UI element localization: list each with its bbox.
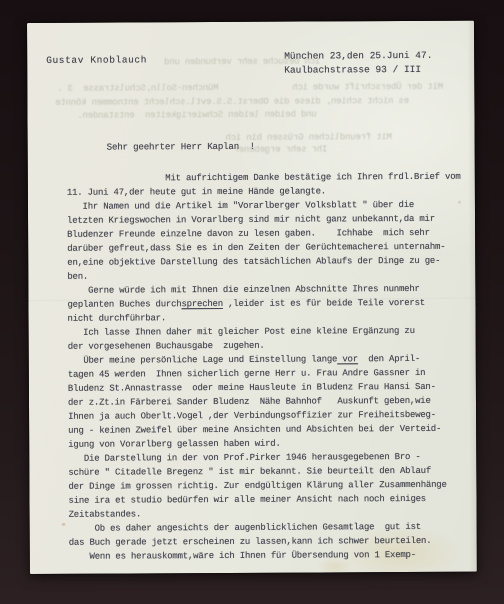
letter-line: ung - keinen Zweifel über meine Ansichte…	[68, 422, 462, 438]
photo-of-letter: ich besuche sehr verbunden undMünchen-So…	[0, 0, 504, 604]
letter-page: ich besuche sehr verbunden undMünchen-So…	[27, 21, 477, 574]
date-line: München 23,den 25.Juni 47.	[284, 50, 432, 62]
bleedthrough-line: und beiden leiden Schwierigkeiten entsta…	[77, 109, 316, 120]
letter-line: en,eine objektive Darstellung des tatsäc…	[67, 254, 461, 270]
address-line: Kaulbachstrasse 93 / III	[284, 64, 421, 76]
underlined-text: vor	[337, 354, 358, 364]
letter-line: Wenn es herauskommt,wäre ich Ihnen für Ü…	[69, 548, 463, 564]
bleedthrough-line: München-Solln,Schulstrasse 3 .	[57, 83, 218, 94]
letter-line: Mit aufrichtigem Danke bestätige ich Ihr…	[67, 170, 461, 186]
paper-edge-shadow	[467, 21, 477, 572]
bleedthrough-line: es nicht schien, diese die Oberst.S.S.ev…	[55, 96, 409, 108]
bleedthrough-line: Mit der Überschrift wurde ich	[292, 82, 443, 93]
underlined-text: sprechen	[181, 299, 223, 309]
sender-name: Gustav Knoblauch	[46, 54, 147, 66]
salutation: Sehr geehrter Herr Kaplan !	[107, 141, 255, 153]
letter-line: sine ira et studio bedürfen wir alle mei…	[68, 492, 462, 508]
letter-line: Ich lasse Ihnen daher mit gleicher Post …	[68, 324, 462, 340]
letter-line: geplanten Buches durchsprechen ,leider i…	[67, 296, 461, 312]
paper-stain	[62, 523, 66, 526]
bleedthrough-container: ich besuche sehr verbunden undMünchen-So…	[27, 21, 474, 23]
letter-body: Mit aufrichtigem Danke bestätige ich Ihr…	[67, 170, 463, 564]
